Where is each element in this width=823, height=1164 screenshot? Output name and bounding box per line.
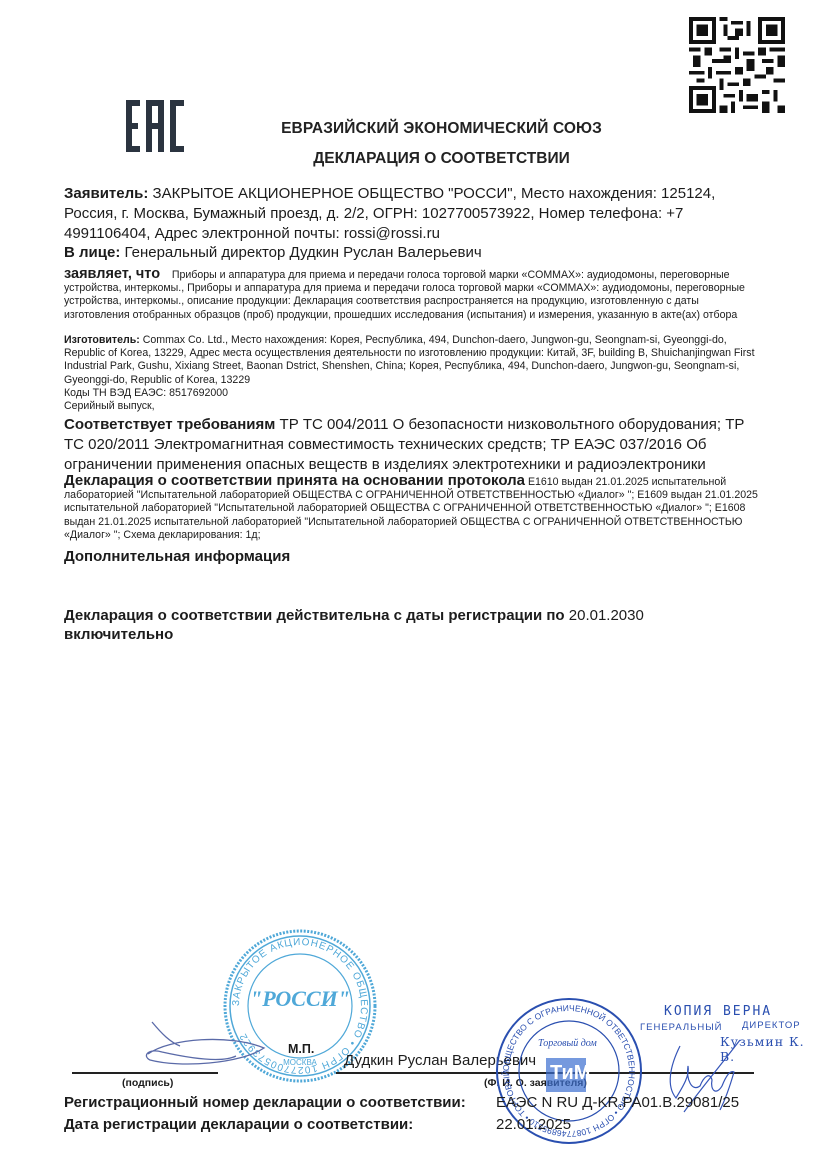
stamp-center-text: Торговый дом: [538, 1038, 597, 1049]
registration-number-label: Регистрационный номер декларации о соотв…: [64, 1094, 466, 1111]
signature-line: [72, 1072, 218, 1074]
copy-certified-title-left: ГЕНЕРАЛЬНЫЙ: [640, 1022, 723, 1033]
manufacturer-label: Изготовитель:: [64, 334, 140, 346]
represented-by-label: В лице:: [64, 244, 120, 261]
manufacturer-text: Commax Co. Ltd., Место нахождения: Корея…: [64, 334, 755, 386]
copy-certified-stamp: КОПИЯ ВЕРНА: [662, 1004, 772, 1019]
hs-codes: Коды ТН ВЭД ЕАЭС: 8517692000: [64, 387, 764, 400]
represented-by-section: В лице: Генеральный директор Дудкин Русл…: [64, 243, 764, 263]
union-heading: ЕВРАЗИЙСКИЙ ЭКОНОМИЧЕСКИЙ СОЮЗ: [0, 120, 823, 138]
release-type: Серийный выпуск,: [64, 400, 764, 413]
requirements-label: Соответствует требованиям: [64, 416, 275, 433]
applicant-text: ЗАКРЫТОЕ АКЦИОНЕРНОЕ ОБЩЕСТВО "РОССИ", М…: [64, 185, 715, 242]
represented-by-text: Генеральный директор Дудкин Руслан Валер…: [120, 244, 481, 261]
applicant-section: Заявитель: ЗАКРЫТОЕ АКЦИОНЕРНОЕ ОБЩЕСТВО…: [64, 184, 764, 244]
seal-mark: М.П.: [288, 1042, 314, 1056]
applicant-label: Заявитель:: [64, 185, 148, 202]
declares-section: заявляет, что Приборы и аппаратура для п…: [64, 268, 764, 322]
validity-label: Декларация о соответствии действительна …: [64, 607, 565, 624]
additional-info-heading: Дополнительная информация: [64, 548, 764, 565]
validity-section: Декларация о соответствии действительна …: [64, 606, 764, 644]
validity-date: 20.01.2030: [565, 607, 644, 624]
protocol-section: Декларация о соответствии принята на осн…: [64, 474, 764, 542]
declares-text: Приборы и аппаратура для приема и переда…: [64, 269, 745, 321]
stamp-center-text: "РОССИ": [222, 986, 378, 1012]
declares-label: заявляет, что: [64, 266, 160, 282]
copy-certified-line1: КОПИЯ ВЕРНА: [664, 1004, 772, 1019]
signature-caption: (подпись): [122, 1077, 173, 1089]
registration-date-value: 22.01.2025: [496, 1116, 571, 1133]
signature-scribble-icon: [140, 1020, 270, 1070]
validity-suffix: включительно: [64, 626, 173, 643]
qr-code-icon: [689, 17, 785, 113]
stamp-brand: ТиМ: [550, 1062, 590, 1085]
manufacturer-section: Изготовитель: Commax Co. Ltd., Место нах…: [64, 334, 764, 413]
copy-certified-title-right: ДИРЕКТОР: [742, 1020, 801, 1031]
requirements-section: Соответствует требованиям ТР ТС 004/2011…: [64, 415, 764, 475]
document-title: ДЕКЛАРАЦИЯ О СООТВЕТСТВИИ: [0, 150, 823, 168]
registration-date-label: Дата регистрации декларации о соответств…: [64, 1116, 413, 1133]
registration-number-value: ЕАЭС N RU Д-KR.РА01.В.29081/25: [496, 1094, 739, 1111]
protocol-label: Декларация о соответствии принята на осн…: [64, 472, 525, 489]
